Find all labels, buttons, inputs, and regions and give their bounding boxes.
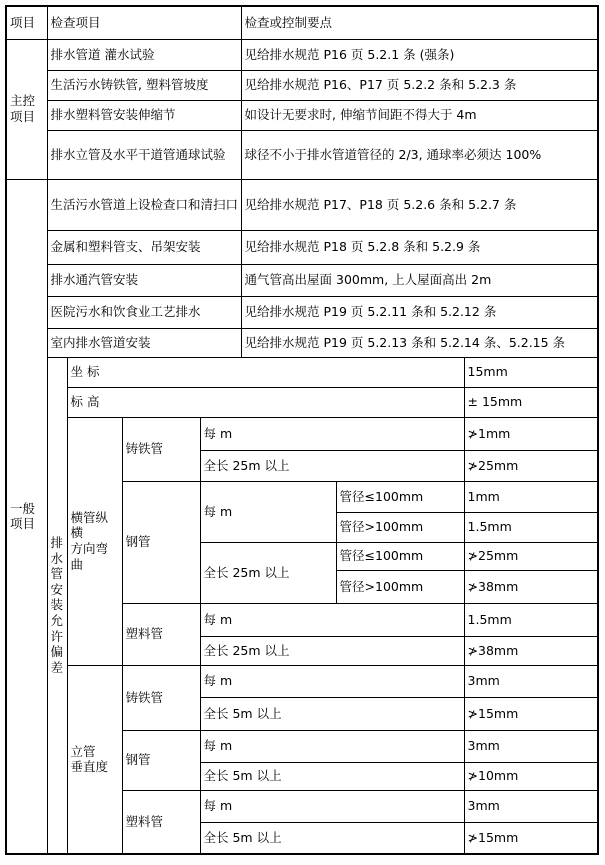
- check-point-cell: 见给排水规范 P16 页 5.2.1 条 (强条): [241, 39, 598, 70]
- deviation-value: ≯38mm: [464, 636, 598, 665]
- basis-cell: 全长 25m 以上: [200, 542, 336, 603]
- diameter-cell: 管径>100mm: [336, 570, 464, 603]
- header-row: 项目 检查项目 检查或控制要点: [6, 6, 598, 39]
- check-item-cell: 金属和塑料管支、吊架安装: [47, 230, 241, 264]
- check-item-cell: 排水立管及水平干道管通球试验: [47, 130, 241, 179]
- table-row: 医院污水和饮食业工艺排水 见给排水规范 P19 页 5.2.11 条和 5.2.…: [6, 296, 598, 328]
- table-row: 排水塑料管安装伸缩节 如设计无要求时, 伸缩节间距不得大于 4m: [6, 100, 598, 130]
- pipe-label-steel: 钢管: [122, 730, 200, 790]
- pipe-label-cast-iron: 铸铁管: [122, 665, 200, 730]
- basis-cell: 全长 5m 以上: [200, 822, 464, 854]
- deviation-value: 1.5mm: [464, 512, 598, 542]
- deviation-value: ≯10mm: [464, 762, 598, 790]
- check-item-cell: 室内排水管道安装: [47, 328, 241, 357]
- check-point-cell: 如设计无要求时, 伸缩节间距不得大于 4m: [241, 100, 598, 130]
- header-check-points: 检查或控制要点: [241, 6, 598, 39]
- check-item-cell: 排水管道 灌水试验: [47, 39, 241, 70]
- deviation-value: 3mm: [464, 665, 598, 697]
- check-item-cell: 生活污水管道上设检查口和清扫口: [47, 179, 241, 230]
- table-row: 室内排水管道安装 见给排水规范 P19 页 5.2.13 条和 5.2.14 条…: [6, 328, 598, 357]
- basis-cell: 每 m: [200, 481, 336, 542]
- section-label-main-control: 主控 项目: [6, 39, 47, 179]
- deviation-value: ≯1mm: [464, 417, 598, 450]
- check-point-cell: 见给排水规范 P18 页 5.2.8 条和 5.2.9 条: [241, 230, 598, 264]
- group-label-horizontal-bending: 横管纵横 方向弯曲: [67, 417, 122, 665]
- table-row: 排水管安装允许偏差 坐 标 15mm: [6, 357, 598, 387]
- check-point-cell: 球径不小于排水管道管径的 2/3, 通球率必须达 100%: [241, 130, 598, 179]
- elevation-label: 标 高: [67, 387, 464, 417]
- deviation-value: 3mm: [464, 790, 598, 822]
- diameter-cell: 管径≤100mm: [336, 542, 464, 570]
- deviation-value: ≯25mm: [464, 542, 598, 570]
- pipe-label-plastic: 塑料管: [122, 790, 200, 854]
- check-item-cell: 排水通汽管安装: [47, 264, 241, 296]
- table-row: 一般 项目 生活污水管道上设检查口和清扫口 见给排水规范 P17、P18 页 5…: [6, 179, 598, 230]
- check-item-cell: 排水塑料管安装伸缩节: [47, 100, 241, 130]
- table-row: 主控 项目 排水管道 灌水试验 见给排水规范 P16 页 5.2.1 条 (强条…: [6, 39, 598, 70]
- group-label-riser-verticality: 立管 垂直度: [67, 665, 122, 854]
- section-label-general: 一般 项目: [6, 179, 47, 854]
- deviation-value: 1mm: [464, 481, 598, 512]
- coordinate-value: 15mm: [464, 357, 598, 387]
- table-row: 横管纵横 方向弯曲 铸铁管 每 m ≯1mm: [6, 417, 598, 450]
- coordinate-label: 坐 标: [67, 357, 464, 387]
- basis-cell: 全长 5m 以上: [200, 697, 464, 730]
- basis-cell: 全长 5m 以上: [200, 762, 464, 790]
- check-point-cell: 见给排水规范 P16、P17 页 5.2.2 条和 5.2.3 条: [241, 70, 598, 100]
- basis-cell: 每 m: [200, 665, 464, 697]
- table-row: 标 高 ± 15mm: [6, 387, 598, 417]
- check-item-cell: 医院污水和饮食业工艺排水: [47, 296, 241, 328]
- basis-cell: 每 m: [200, 730, 464, 762]
- basis-cell: 每 m: [200, 603, 464, 636]
- basis-cell: 全长 25m 以上: [200, 450, 464, 481]
- header-check-item: 检查项目: [47, 6, 241, 39]
- table-row: 排水通汽管安装 通气管高出屋面 300mm, 上人屋面高出 2m: [6, 264, 598, 296]
- diameter-cell: 管径≤100mm: [336, 481, 464, 512]
- deviation-value: ≯15mm: [464, 697, 598, 730]
- deviation-side-label: 排水管安装允许偏差: [47, 357, 67, 854]
- deviation-value: ≯38mm: [464, 570, 598, 603]
- table-row: 立管 垂直度 铸铁管 每 m 3mm: [6, 665, 598, 697]
- check-point-cell: 通气管高出屋面 300mm, 上人屋面高出 2m: [241, 264, 598, 296]
- pipe-label-cast-iron: 铸铁管: [122, 417, 200, 481]
- pipe-label-plastic: 塑料管: [122, 603, 200, 665]
- elevation-value: ± 15mm: [464, 387, 598, 417]
- header-project: 项目: [6, 6, 47, 39]
- check-point-cell: 见给排水规范 P19 页 5.2.13 条和 5.2.14 条、5.2.15 条: [241, 328, 598, 357]
- document-page: 项目 检查项目 检查或控制要点 主控 项目 排水管道 灌水试验 见给排水规范 P…: [0, 0, 605, 865]
- check-item-cell: 生活污水铸铁管, 塑料管坡度: [47, 70, 241, 100]
- table-row: 金属和塑料管支、吊架安装 见给排水规范 P18 页 5.2.8 条和 5.2.9…: [6, 230, 598, 264]
- basis-cell: 每 m: [200, 417, 464, 450]
- deviation-value: 3mm: [464, 730, 598, 762]
- basis-cell: 全长 25m 以上: [200, 636, 464, 665]
- deviation-value: ≯15mm: [464, 822, 598, 854]
- check-point-cell: 见给排水规范 P19 页 5.2.11 条和 5.2.12 条: [241, 296, 598, 328]
- deviation-value: 1.5mm: [464, 603, 598, 636]
- diameter-cell: 管径>100mm: [336, 512, 464, 542]
- table-row: 生活污水铸铁管, 塑料管坡度 见给排水规范 P16、P17 页 5.2.2 条和…: [6, 70, 598, 100]
- deviation-value: ≯25mm: [464, 450, 598, 481]
- pipe-label-steel: 钢管: [122, 481, 200, 603]
- basis-cell: 每 m: [200, 790, 464, 822]
- inspection-table: 项目 检查项目 检查或控制要点 主控 项目 排水管道 灌水试验 见给排水规范 P…: [5, 5, 599, 855]
- check-point-cell: 见给排水规范 P17、P18 页 5.2.6 条和 5.2.7 条: [241, 179, 598, 230]
- table-row: 排水立管及水平干道管通球试验 球径不小于排水管道管径的 2/3, 通球率必须达 …: [6, 130, 598, 179]
